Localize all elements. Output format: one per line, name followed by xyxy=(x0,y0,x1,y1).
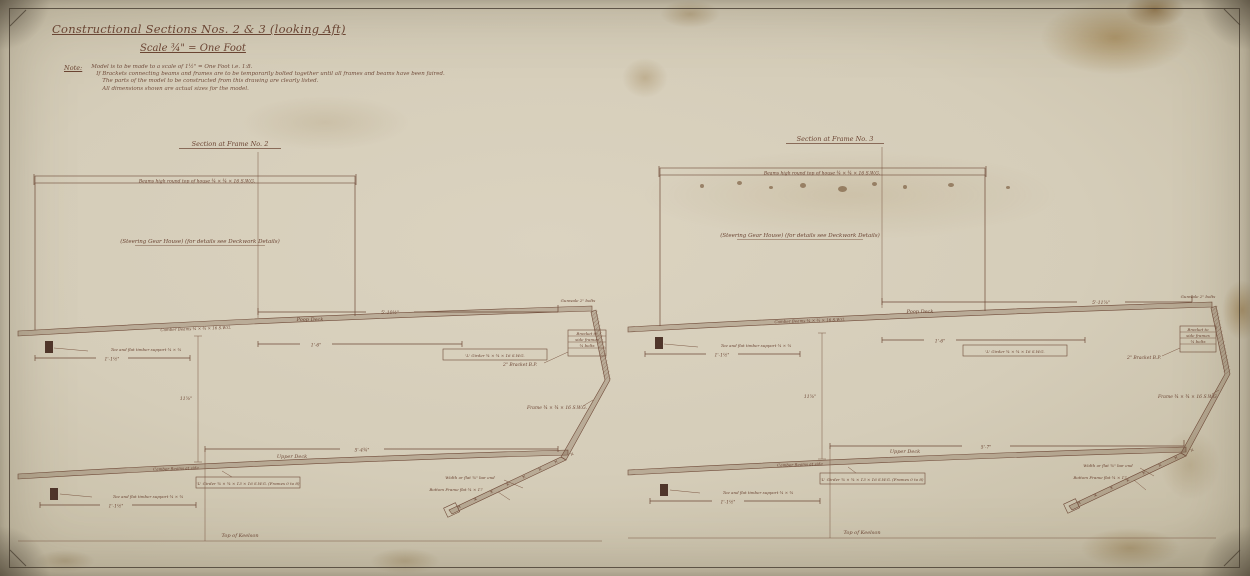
bracket-note-line: side frames xyxy=(1186,333,1210,338)
bottom-frame-label: Bottom Frame flat ¾ × 17 xyxy=(1072,475,1127,480)
upper-dim-label: 5'-4¾" xyxy=(355,447,370,454)
girder-dim-label: 1'-6" xyxy=(935,339,946,345)
house-walls xyxy=(660,175,985,326)
section-caption: Section at Frame No. 3 xyxy=(797,135,874,143)
support-leader xyxy=(54,348,88,351)
girder-label: 'L' Girder ¾ × ¾ × 16 S.W.G. xyxy=(985,349,1044,354)
upper-deck-label: Upper Deck xyxy=(277,454,307,460)
bottom-frame-leader xyxy=(1134,480,1146,490)
support-dim-label: 1'-1½" xyxy=(715,352,730,359)
width-label: Width or flat ¾" bar end xyxy=(1083,463,1133,468)
upper-deck-label: Upper Deck xyxy=(890,449,920,455)
gunwale-label: Gunwale 2" bolts xyxy=(1181,294,1216,299)
gunwale-label: Gunwale 2" bolts xyxy=(561,298,596,303)
bracket-note-line: ¾ bolts xyxy=(1190,339,1205,344)
bracket-note-line: Bracket to xyxy=(1186,327,1209,332)
girder-label: 'L' Girder ¾ × ¾ × 16 S.W.G. xyxy=(465,353,524,358)
girder-dim-line xyxy=(258,341,462,347)
keelson-label: Top of Keelson xyxy=(843,530,880,536)
support-leader xyxy=(60,494,92,497)
support-label: Tee and flat timber support ¾ × ¾ xyxy=(111,347,182,352)
lower-support-dim-label: 1'-1½" xyxy=(721,499,736,506)
poop-deck-plating xyxy=(628,302,1212,332)
deck-beams-label: Camber Beams ¾ × ¾ × 16 S.W.G. xyxy=(160,325,231,332)
lower-support-label: Tee and flat timber support ¾ × ¾ xyxy=(113,494,184,499)
poop-dim-line xyxy=(882,295,1192,305)
upper-dim-label: 5'-7" xyxy=(981,445,992,451)
section-frame-2: Section at Frame No. 2 Beams high round … xyxy=(18,140,611,541)
lower-support-label: Tee and flat timber support ¾ × ¾ xyxy=(723,490,794,495)
house-label: (Steering Gear House) (for details see D… xyxy=(120,238,280,245)
support-dim-label: 1'-1½" xyxy=(105,356,120,363)
shell-rivet-strip xyxy=(1211,305,1231,374)
width-label: Width or flat ¾" bar end xyxy=(445,475,495,480)
bracket-leader xyxy=(544,352,568,363)
timber-support-section xyxy=(45,341,53,353)
timber-support-section xyxy=(660,484,668,496)
bracket-label: 2" Bracket B.P. xyxy=(502,362,538,368)
house-walls xyxy=(35,183,355,330)
bracket-note-line: Bracket to xyxy=(575,331,598,336)
depth-dim-label: 11⅝" xyxy=(180,396,192,402)
bracket-leader xyxy=(1162,348,1180,356)
camber-side-label: Camber Beams at side xyxy=(777,461,823,468)
girder-dim-label: 1'-6" xyxy=(311,343,322,349)
bracket-note-line: ¾ bolts xyxy=(579,343,594,348)
lower-girder-leader xyxy=(222,471,232,477)
house-top-beam-label: Beams high round top of house ¾ × ¾ × 16… xyxy=(138,177,256,184)
deck-beams-label: Camber Beams ¾ × ¾ × 16 S.W.G. xyxy=(774,317,845,324)
sections-drawing: Section at Frame No. 2 Beams high round … xyxy=(0,0,1250,576)
bottom-frame-leader xyxy=(498,492,510,500)
house-label: (Steering Gear House) (for details see D… xyxy=(720,232,880,239)
lower-girder-label: 'L' Girder ¾ × ¾ × 13 × 16 S.W.G. (Frame… xyxy=(197,481,300,486)
bracket-note-line: side frames xyxy=(575,337,599,342)
lower-girder-label: 'L' Girder ¾ × ¾ × 13 × 16 S.W.G. (Frame… xyxy=(821,477,924,482)
poop-dim-label: 5'-11⅝" xyxy=(1092,300,1110,306)
depth-dim-label: 11⅝" xyxy=(804,394,816,400)
camber-side-label: Camber Beams at side xyxy=(153,465,199,472)
lower-support-dim-label: 1'-1½" xyxy=(109,503,124,510)
timber-support-section xyxy=(655,337,663,349)
frame-label: Frame ¾ × ¾ × 16 S.W.G. xyxy=(1157,393,1219,400)
corner-mark xyxy=(10,9,1240,566)
upper-dim-line xyxy=(830,440,1184,449)
timber-support-section xyxy=(50,488,58,500)
depth-dim-line xyxy=(818,333,826,459)
frame-label: Frame ¾ × ¾ × 16 S.W.G. xyxy=(526,404,588,411)
house-top-beam-label: Beams high round top of house ¾ × ¾ × 16… xyxy=(763,169,881,176)
lower-girder-leader xyxy=(848,467,856,473)
section-caption: Section at Frame No. 2 xyxy=(192,140,269,148)
support-leader xyxy=(670,490,700,493)
section-frame-3: Section at Frame No. 3 Beams high round … xyxy=(628,135,1231,538)
bottom-frame-label: Bottom Frame flat ¾ × 17 xyxy=(428,487,483,492)
drawing-sheet: Constructional Sections Nos. 2 & 3 (look… xyxy=(0,0,1250,576)
support-leader xyxy=(664,344,698,347)
depth-dim-line xyxy=(194,336,202,462)
upper-dim-line xyxy=(205,446,558,452)
girder-dim-line xyxy=(882,337,1085,343)
bracket-label: 2" Bracket B.P. xyxy=(1126,355,1162,361)
poop-deck-plating xyxy=(18,306,592,336)
support-label: Tee and flat timber support ¾ × ¾ xyxy=(721,343,792,348)
keelson-label: Top of Keelson xyxy=(221,533,258,539)
